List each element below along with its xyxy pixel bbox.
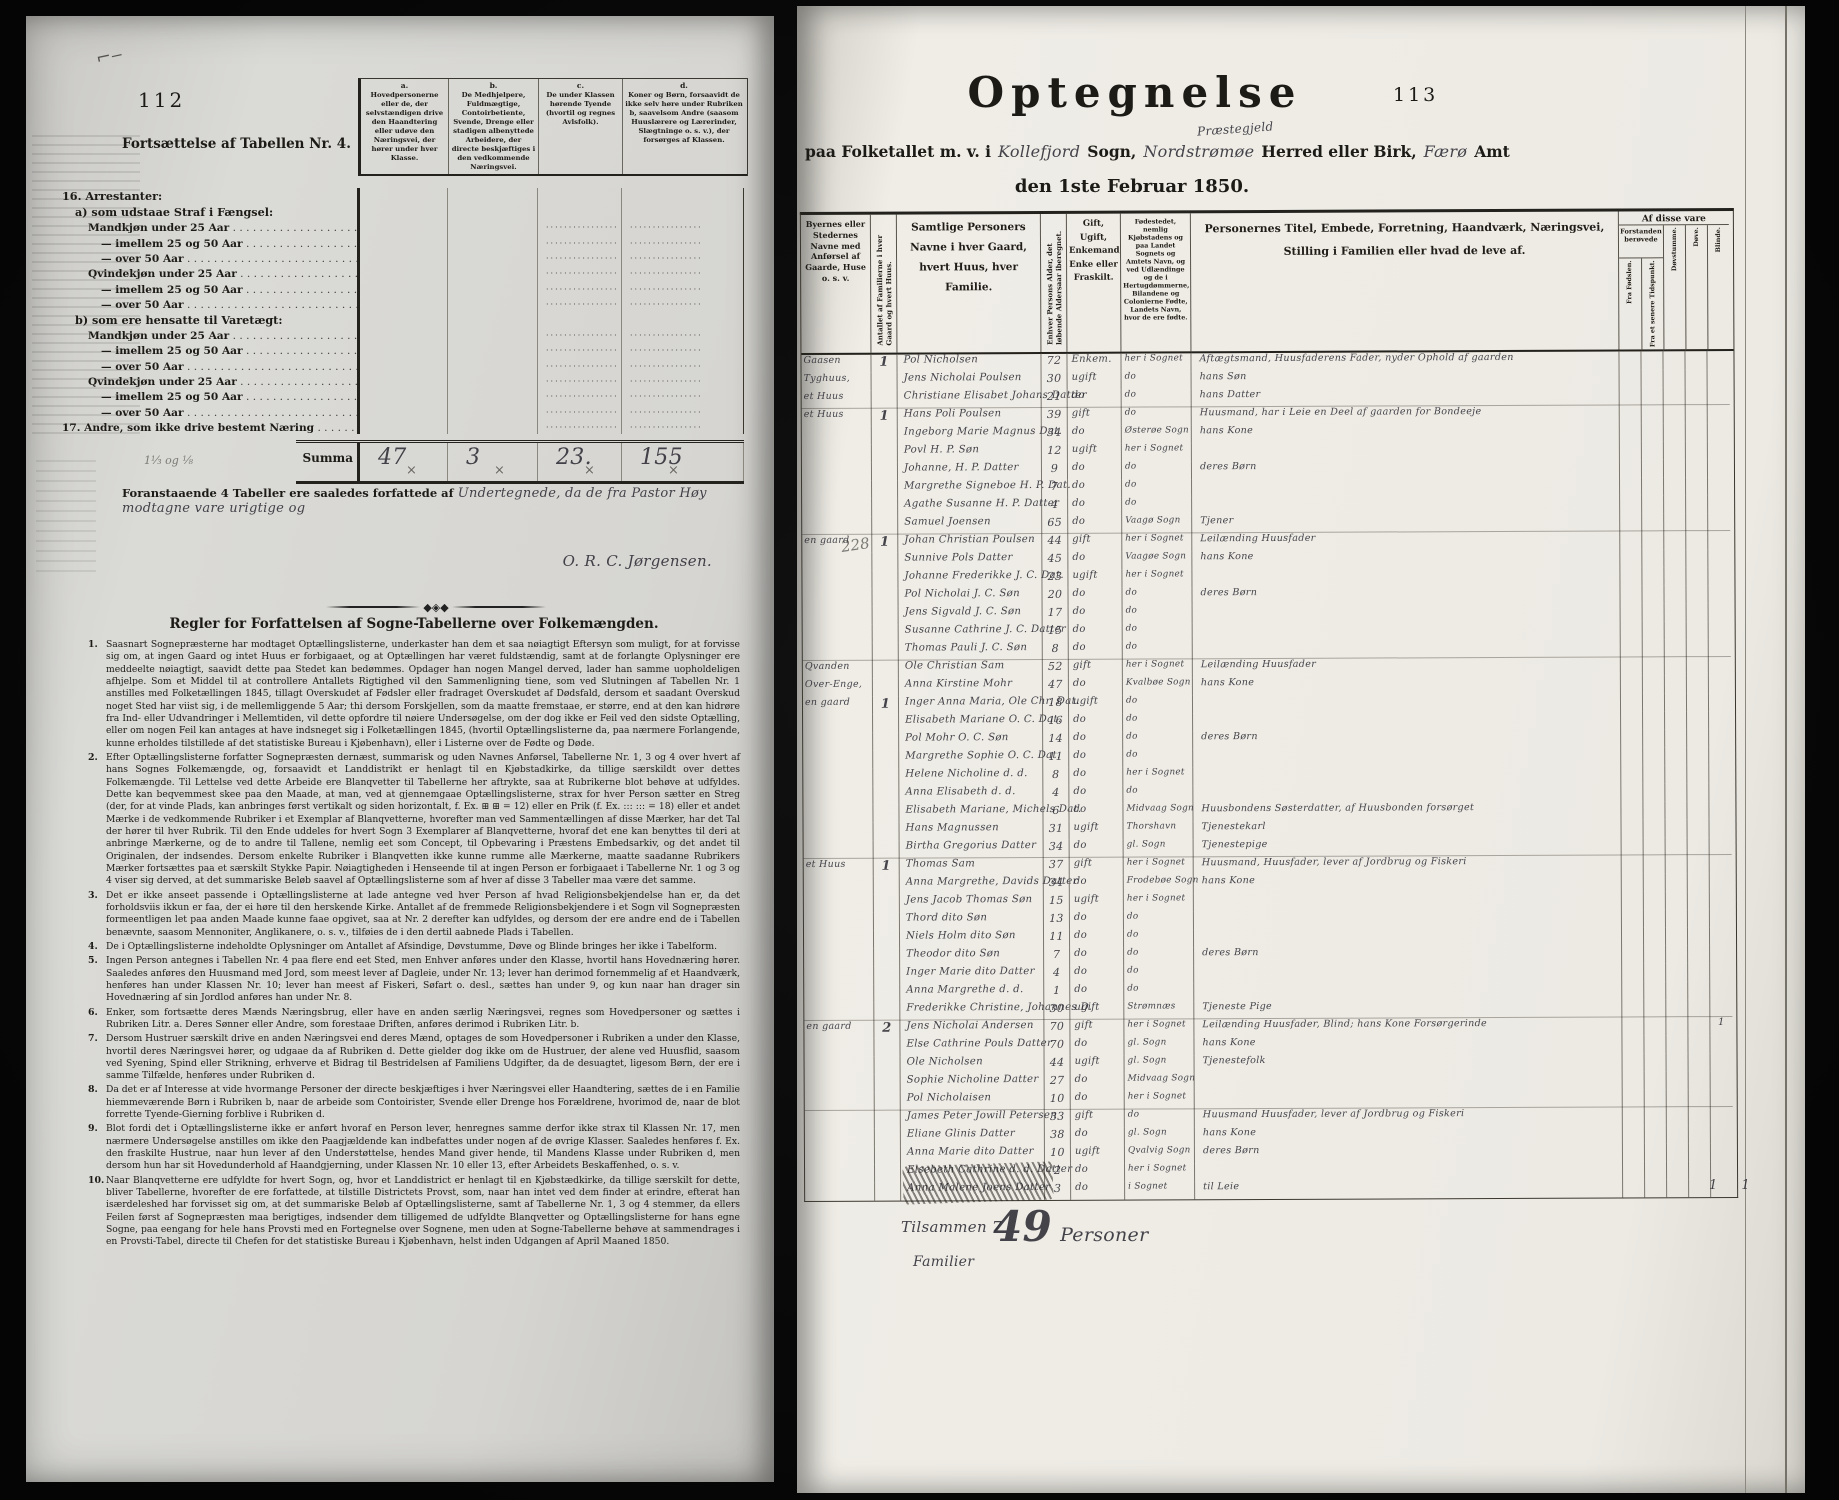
header-names: Samtlige Personers Navne i hver Gaard, h… [897, 214, 1042, 353]
status-cell: do [1069, 678, 1123, 696]
place-cell [803, 787, 873, 805]
mark-deaf-mute [1665, 729, 1687, 747]
name-cell: Elisabeth Mariane, Michels Dat. [899, 804, 1043, 823]
signature: O. R. C. Jørgensen. [563, 552, 712, 570]
mark-deaf [1689, 1106, 1711, 1125]
cell-c [538, 250, 622, 265]
mark-deaf-mute [1666, 819, 1688, 837]
mark-from-birth [1620, 513, 1642, 531]
name-cell: Jens Jacob Thomas Søn [900, 894, 1044, 913]
table-row: a) som udstaae Straf i Fængsel: [62, 203, 744, 218]
mark-deaf-mute [1666, 1016, 1688, 1035]
mark-from-later [1645, 1106, 1667, 1125]
occupation-cell: Huusmand Huusfader, lever af Jordbrug og… [1195, 1106, 1623, 1127]
occupation-cell: hans Kone [1192, 423, 1620, 443]
occupation-cell: deres Børn [1193, 729, 1621, 749]
mark-from-birth [1623, 1143, 1645, 1161]
mark-from-later [1644, 1016, 1666, 1035]
occupation-cell: hans Kone [1194, 1035, 1622, 1055]
cell-b [448, 250, 538, 265]
occupation-cell: deres Børn [1192, 585, 1620, 605]
mark-from-birth [1622, 909, 1644, 927]
mark-from-birth [1622, 927, 1644, 945]
cell-c [538, 327, 622, 342]
status-cell: gift [1068, 407, 1122, 426]
mark-deaf-mute [1664, 530, 1686, 549]
status-cell: ugift [1069, 696, 1123, 714]
mark-deaf [1688, 1035, 1710, 1053]
age-cell: 16 [1043, 714, 1069, 732]
age-cell: 33 [1045, 1109, 1071, 1128]
column-letter: b. [451, 81, 536, 91]
rule-item: 6. Enker, som fortsætte deres Mænds Næri… [88, 1007, 740, 1032]
family-count-cell [874, 949, 900, 967]
name-cell: Hans Magnussen [900, 822, 1044, 841]
row-cells [357, 188, 744, 203]
row-cells [357, 327, 744, 342]
corner-pencil-mark: ⌐‒ [94, 43, 124, 69]
age-cell: 7 [1042, 480, 1068, 498]
family-count-cell [872, 481, 898, 499]
mark-deaf [1688, 999, 1710, 1017]
mark-deaf-mute [1664, 404, 1686, 423]
status-cell: do [1069, 606, 1123, 624]
birthplace-cell: do [1124, 929, 1194, 947]
family-count-cell [875, 1165, 901, 1183]
family-count-cell [872, 427, 898, 445]
summa-value-cell: 23. × [538, 443, 622, 481]
family-count-cell: 2 [874, 1020, 900, 1039]
birthplace-cell: do [1124, 983, 1194, 1001]
birthplace-cell: her i Sognet [1125, 1091, 1195, 1109]
cell-a [360, 357, 448, 372]
mark-deaf-mute [1666, 981, 1688, 999]
place-cell [804, 913, 874, 931]
column-header-text: De Medhjelpere, Fuldmægtige, Contoirbeti… [452, 91, 536, 171]
occupation-cell [1192, 441, 1620, 461]
age-cell: 31 [1044, 822, 1070, 840]
age-cell: 6 [1043, 804, 1069, 822]
cell-b [448, 296, 538, 311]
cell-d [622, 203, 744, 218]
age-cell: 45 [1042, 552, 1068, 570]
family-count-cell [872, 571, 898, 589]
mark-deaf-mute [1666, 909, 1688, 927]
mark-from-later [1645, 1071, 1667, 1089]
mark-blind [1708, 369, 1730, 387]
summa-values: 47 × 3 × 23. × 155 × [357, 443, 744, 481]
birthplace-cell: Vaagøe Sogn [1122, 551, 1192, 569]
cell-b [448, 373, 538, 388]
age-cell: 8 [1043, 642, 1069, 660]
age-cell: 1 [1044, 984, 1070, 1002]
mark-from-birth [1622, 963, 1644, 981]
cell-b [448, 188, 538, 203]
birthplace-cell: her i Sognet [1124, 1018, 1194, 1037]
occupation-cell: hans Kone [1195, 1125, 1623, 1145]
family-count-cell: 1 [872, 408, 898, 427]
status-cell: do [1068, 552, 1122, 570]
place-cell: Over-Enge, [803, 679, 873, 697]
mark-from-later [1643, 603, 1665, 621]
classification-table-header: a. Hovedpersonerne eller de, der selvstæ… [361, 79, 747, 176]
status-cell: do [1069, 768, 1123, 786]
mark-from-birth [1621, 747, 1643, 765]
mark-blind [1709, 729, 1731, 747]
column-header-text: De under Klassen hørende Tyende (hvortil… [546, 91, 615, 126]
cell-b [448, 219, 538, 234]
occupation-cell [1193, 765, 1621, 785]
mark-from-later [1645, 1125, 1667, 1143]
birthplace-cell: her i Sognet [1124, 856, 1194, 875]
mark-deaf-mute [1664, 477, 1686, 495]
family-count-cell [874, 913, 900, 931]
mark-blind [1710, 963, 1732, 981]
cell-a [360, 296, 448, 311]
cell-b [448, 342, 538, 357]
family-count-cell [872, 373, 898, 391]
mark-deaf-mute [1664, 513, 1686, 531]
diamond-ornament-icon: ◆◈◆ [420, 601, 451, 614]
family-count-cell [874, 895, 900, 913]
mark-blind [1708, 459, 1730, 477]
mark-from-later [1645, 1143, 1667, 1161]
mark-deaf-mute [1667, 1161, 1689, 1179]
status-cell: do [1068, 426, 1122, 444]
family-count-cell [872, 553, 898, 571]
classification-table: a. Hovedpersonerne eller de, der selvstæ… [358, 78, 748, 176]
family-count-cell [875, 1183, 901, 1201]
name-cell: Thomas Pauli J. C. Søn [899, 642, 1043, 661]
mark-deaf [1689, 1143, 1711, 1161]
cell-c [538, 373, 622, 388]
header-from-birth: Fra Fødslen. [1619, 259, 1642, 350]
mark-from-later [1641, 350, 1663, 369]
family-count-cell [874, 967, 900, 985]
birthplace-cell: Frodebøe Sogn [1124, 875, 1194, 893]
mark-deaf [1687, 621, 1709, 639]
mark-deaf [1687, 656, 1709, 675]
place-cell [802, 481, 872, 499]
rule-item: 10. Naar Blanqvetterne ere udfyldte for … [88, 1175, 740, 1249]
persons-number: 49 [993, 1202, 1052, 1251]
status-cell: do [1070, 912, 1124, 930]
mark-from-later [1645, 1179, 1667, 1197]
birthplace-cell: do [1123, 731, 1193, 749]
cell-a [360, 219, 448, 234]
birthplace-cell: her i Sognet [1123, 767, 1193, 785]
place-cell [805, 1057, 875, 1075]
place-cell [804, 1003, 874, 1021]
mark-deaf [1686, 404, 1708, 423]
mark-from-later [1642, 495, 1664, 513]
place-cell [802, 427, 872, 445]
mark-deaf-mute [1665, 675, 1687, 693]
place-cell: et Huus [802, 391, 872, 409]
mark-from-later [1644, 945, 1666, 963]
place-cell: Gaasen [801, 354, 871, 373]
row-cells [357, 296, 744, 311]
name-cell: Niels Holm dito Søn [900, 930, 1044, 949]
mark-from-later [1643, 711, 1665, 729]
mark-from-later [1642, 585, 1664, 603]
table-row: Qvindekjøn under 25 Aar [62, 373, 744, 388]
place-cell [803, 607, 873, 625]
status-cell: do [1071, 1074, 1125, 1092]
rule-item: 1. Saasnart Sognepræsterne har modtaget … [88, 639, 740, 750]
place-cell [805, 1183, 875, 1201]
mark-from-birth [1623, 1071, 1645, 1089]
handwritten-amt: Færø [1424, 142, 1468, 161]
birthplace-cell: do [1123, 749, 1193, 767]
place-cell [804, 895, 874, 913]
mark-from-birth [1621, 639, 1643, 657]
birthplace-cell: do [1122, 479, 1192, 497]
mark-from-birth [1621, 711, 1643, 729]
cell-c [538, 234, 622, 249]
header-from-later: Fra et senere Tidspunkt. [1642, 259, 1664, 350]
cell-b [448, 388, 538, 403]
header-deaf-mute: Døvstumme. [1664, 225, 1687, 349]
cell-c [538, 357, 622, 372]
mark-deaf [1686, 513, 1708, 531]
table-row: — imellem 25 og 50 Aar [62, 234, 744, 249]
occupation-cell [1194, 981, 1622, 1001]
mark-deaf-mute [1665, 711, 1687, 729]
mark-blind [1710, 837, 1732, 855]
occupation-cell [1192, 477, 1620, 497]
birthplace-cell: do [1122, 461, 1192, 479]
persons-word: Personer [1060, 1224, 1148, 1246]
mark-from-later [1645, 1089, 1667, 1107]
census-table-header: Byernes eller Stedernes Navne med An­før… [801, 211, 1734, 355]
row-cells [357, 403, 744, 418]
occupation-cell: Tjenestefolk [1195, 1053, 1623, 1073]
family-count-cell [874, 841, 900, 859]
name-cell: Ole Nicholsen [901, 1056, 1045, 1075]
bleedthrough-texture-2 [36, 452, 96, 572]
cell-b [448, 280, 538, 295]
occupation-cell: Leilænding Huusfader, Blind; hans Kone F… [1194, 1016, 1622, 1037]
summa-value-cell: 3 × [448, 443, 538, 481]
mark-deaf [1686, 477, 1708, 495]
place-cell [805, 1147, 875, 1165]
mark-from-birth [1622, 1035, 1644, 1053]
row-label: — imellem 25 og 50 Aar [62, 238, 357, 250]
cell-d [622, 311, 744, 326]
mark-blind [1711, 1143, 1733, 1161]
header-blind: Blinde. [1708, 225, 1730, 349]
place-cell: Tyghuus, [802, 373, 872, 391]
name-cell: Birtha Gregorius Datter [900, 840, 1044, 859]
rule-text: De i Optællingslisterne indeholdte Oplys… [106, 941, 740, 953]
word-herred: Herred eller Birk, [1261, 142, 1416, 161]
column-header: d. Koner og Børn, forsaavidt de ikke sel… [623, 79, 745, 174]
mark-blind [1708, 549, 1730, 567]
mark-deaf-mute [1666, 999, 1688, 1017]
column-header: b. De Medhjelpere, Fuldmægtige, Contoirb… [449, 79, 539, 174]
family-count-cell [873, 805, 899, 823]
cell-a [360, 388, 448, 403]
mark-deaf-mute [1666, 837, 1688, 855]
row-label: — imellem 25 og 50 Aar [62, 284, 357, 296]
occupation-cell [1195, 1161, 1623, 1181]
mark-from-birth [1621, 729, 1643, 747]
status-cell: do [1071, 1092, 1125, 1110]
cell-c [538, 296, 622, 311]
family-count-cell [872, 391, 898, 409]
age-cell: 15 [1043, 624, 1069, 642]
mark-from-later [1644, 909, 1666, 927]
name-cell: Margrethe Signeboe H. P. Dat. [898, 480, 1042, 499]
rule-item: 4. De i Optællingslisterne indeholdte Op… [88, 941, 740, 953]
mark-from-later [1643, 656, 1665, 675]
family-count-cell: 1 [874, 858, 900, 877]
mark-deaf [1688, 945, 1710, 963]
name-cell: Theodor dito Søn [900, 948, 1044, 967]
family-count-cell [875, 1057, 901, 1075]
cell-c [538, 280, 622, 295]
occupation-cell [1194, 891, 1622, 911]
rule-text: Enker, som fortsætte deres Mænds Nærings… [106, 1007, 740, 1032]
status-cell: do [1070, 984, 1124, 1002]
mark-from-later [1643, 621, 1665, 639]
cell-a [360, 403, 448, 418]
status-cell: do [1070, 876, 1124, 894]
cell-a [360, 342, 448, 357]
mark-blind [1709, 711, 1731, 729]
rule-text: Saasnart Sognepræsterne har modtaget Opt… [106, 639, 740, 750]
mark-deaf-mute [1665, 765, 1687, 783]
mark-deaf-mute [1665, 603, 1687, 621]
cell-d [622, 219, 744, 234]
mark-from-later [1644, 819, 1666, 837]
mark-from-later [1642, 530, 1664, 549]
table-row: — imellem 25 og 50 Aar [62, 280, 744, 295]
birthplace-cell: do [1125, 1108, 1195, 1127]
cell-d [622, 373, 744, 388]
birthplace-cell: her i Sognet [1122, 443, 1192, 461]
mark-from-later [1643, 639, 1665, 657]
birthplace-cell: do [1123, 605, 1193, 623]
cell-d [622, 357, 744, 372]
mark-deaf [1688, 819, 1710, 837]
family-count-cell [874, 1003, 900, 1021]
occupation-cell: Tjenestekarl [1194, 819, 1622, 839]
age-cell: 4 [1042, 498, 1068, 516]
place-cell [805, 1110, 875, 1129]
family-count-cell [875, 1093, 901, 1111]
mark-deaf [1688, 854, 1710, 873]
rule-text: Blot fordi det i Optællingslisterne ikke… [106, 1123, 740, 1172]
mark-from-birth [1621, 783, 1643, 801]
table-row: — imellem 25 og 50 Aar [62, 342, 744, 357]
mark-from-birth [1620, 441, 1642, 459]
mark-deaf [1688, 873, 1710, 891]
birthplace-cell: gl. Sogn [1124, 1037, 1194, 1055]
mark-blind [1711, 1161, 1733, 1179]
mark-deaf [1688, 981, 1710, 999]
header-place: Byernes eller Stedernes Navne med An­før… [801, 215, 872, 353]
mark-from-birth [1623, 1089, 1645, 1107]
name-cell: Thord dito Søn [900, 912, 1044, 931]
cell-a [360, 234, 448, 249]
mark-deaf-mute [1666, 927, 1688, 945]
name-cell: Pol Nicholsen [897, 353, 1041, 373]
mark-deaf-mute [1667, 1089, 1689, 1107]
mark-blind [1708, 530, 1730, 549]
mark-deaf [1687, 729, 1709, 747]
mark-deaf [1686, 495, 1708, 513]
mark-from-birth [1620, 530, 1642, 549]
note-line [122, 530, 742, 552]
family-count-cell: 1 [872, 534, 898, 553]
age-cell: 52 [1043, 659, 1069, 678]
pencil-check-mark: × [584, 463, 595, 478]
row-cells [357, 388, 744, 403]
birthplace-cell: Midvaag Sogn [1123, 803, 1193, 821]
cell-d [622, 188, 744, 203]
status-cell: Enkem. [1067, 353, 1121, 372]
rule-text: Efter Optællingslisterne forfatter Sogne… [106, 752, 740, 888]
place-cell [804, 823, 874, 841]
census-subtitle-line: paa Folketallet m. v. i Kollefjord Sogn,… [805, 142, 1525, 161]
age-cell: 4 [1044, 966, 1070, 984]
rule-text: Da det er af Interesse at vide hvormange… [106, 1084, 740, 1121]
mark-blind [1708, 513, 1730, 531]
row-label: Qvindekjøn under 25 Aar [62, 268, 357, 280]
total-persons: 49 Personer [993, 1202, 1148, 1251]
age-cell: 30 [1044, 1002, 1070, 1020]
header-birthplace: Fødestedet, nemlig Kjøbstadens og paa La… [1121, 213, 1192, 351]
mark-deaf [1686, 530, 1708, 549]
header-deprived-of-reason: Forstanden berøvede Fra Fødslen. Fra et … [1619, 226, 1665, 350]
mark-deaf [1689, 1179, 1711, 1197]
birthplace-cell: her i Sognet [1124, 893, 1194, 911]
name-cell: Inger Anna Maria, Ole Chr. Dat. [899, 696, 1043, 715]
left-page: ⌐‒ 112 Fortsættelse af Tabellen Nr. 4. a… [26, 16, 774, 1482]
status-cell: do [1070, 948, 1124, 966]
occupation-cell: hans Kone [1193, 675, 1621, 695]
mark-deaf-mute [1667, 1143, 1689, 1161]
name-cell: Sunnive Pols Datter [898, 552, 1042, 571]
mark-from-birth [1619, 350, 1641, 369]
family-count-cell: 1 [873, 697, 899, 715]
mark-from-later [1643, 765, 1665, 783]
mark-deaf [1687, 639, 1709, 657]
mark-deaf [1687, 675, 1709, 693]
mark-blind [1710, 999, 1732, 1017]
status-cell: ugift [1070, 894, 1124, 912]
family-count-cell [872, 463, 898, 481]
age-cell: 20 [1042, 588, 1068, 606]
rules-list: 1. Saasnart Sognepræsterne har modtaget … [88, 639, 740, 1249]
mark-from-later [1642, 387, 1664, 405]
word-amt: Amt [1474, 142, 1510, 161]
place-cell [804, 949, 874, 967]
age-cell: 30 [1042, 372, 1068, 390]
mark-from-birth [1621, 765, 1643, 783]
occupation-cell: Leilænding Huusfader [1193, 656, 1621, 677]
row-label: — over 50 Aar [62, 299, 357, 311]
mark-deaf [1686, 387, 1708, 405]
mark-deaf [1688, 909, 1710, 927]
status-cell: do [1071, 1164, 1125, 1182]
mark-deaf-mute [1667, 1125, 1689, 1143]
status-cell: do [1069, 714, 1123, 732]
status-cell: do [1071, 1128, 1125, 1146]
place-cell [803, 805, 873, 823]
